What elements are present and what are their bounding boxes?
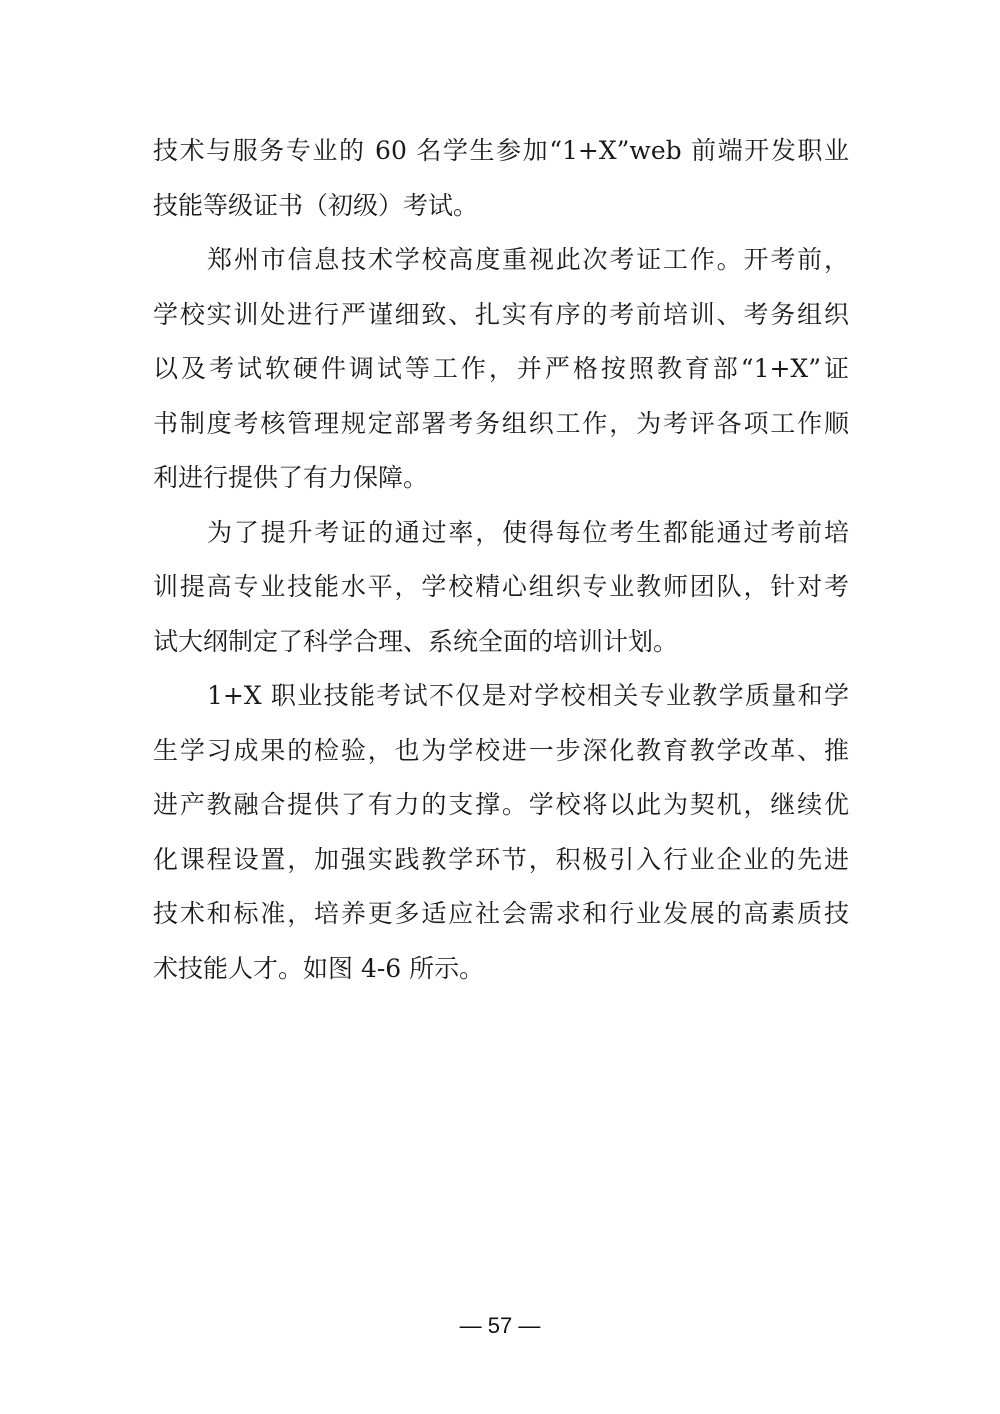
body-text: 技术与服务专业的 60 名学生参加“1+X”web 前端开发职业 技能等级证书（… bbox=[153, 124, 849, 996]
text-line: 生学习成果的检验，也为学校进一步深化教育教学改革、推 bbox=[153, 724, 849, 779]
text-line: 技术与服务专业的 60 名学生参加“1+X”web 前端开发职业 bbox=[153, 124, 849, 179]
paragraph-3: 为了提升考证的通过率，使得每位考生都能通过考前培 训提高专业技能水平，学校精心组… bbox=[153, 506, 849, 670]
paragraph-1: 技术与服务专业的 60 名学生参加“1+X”web 前端开发职业 技能等级证书（… bbox=[153, 124, 849, 233]
text-line: 技能等级证书（初级）考试。 bbox=[153, 179, 849, 234]
text-line: 化课程设置，加强实践教学环节，积极引入行业企业的先进 bbox=[153, 833, 849, 888]
paragraph-2: 郑州市信息技术学校高度重视此次考证工作。开考前， 学校实训处进行严谨细致、扎实有… bbox=[153, 233, 849, 506]
page-number: — 57 — bbox=[0, 1313, 1000, 1339]
text-line: 进产教融合提供了有力的支撑。学校将以此为契机，继续优 bbox=[153, 778, 849, 833]
document-page: 技术与服务专业的 60 名学生参加“1+X”web 前端开发职业 技能等级证书（… bbox=[0, 0, 1000, 1414]
text-line: 训提高专业技能水平，学校精心组织专业教师团队，针对考 bbox=[153, 560, 849, 615]
paragraph-4: 1+X 职业技能考试不仅是对学校相关专业教学质量和学 生学习成果的检验，也为学校… bbox=[153, 669, 849, 996]
text-line: 书制度考核管理规定部署考务组织工作，为考评各项工作顺 bbox=[153, 397, 849, 452]
text-line: 试大纲制定了科学合理、系统全面的培训计划。 bbox=[153, 615, 849, 670]
text-line: 学校实训处进行严谨细致、扎实有序的考前培训、考务组织 bbox=[153, 288, 849, 343]
text-line: 为了提升考证的通过率，使得每位考生都能通过考前培 bbox=[153, 506, 849, 561]
text-line: 技术和标准，培养更多适应社会需求和行业发展的高素质技 bbox=[153, 887, 849, 942]
text-line: 术技能人才。如图 4-6 所示。 bbox=[153, 942, 849, 997]
text-line: 1+X 职业技能考试不仅是对学校相关专业教学质量和学 bbox=[153, 669, 849, 724]
text-line: 郑州市信息技术学校高度重视此次考证工作。开考前， bbox=[153, 233, 849, 288]
text-line: 利进行提供了有力保障。 bbox=[153, 451, 849, 506]
text-line: 以及考试软硬件调试等工作，并严格按照教育部“1+X”证 bbox=[153, 342, 849, 397]
